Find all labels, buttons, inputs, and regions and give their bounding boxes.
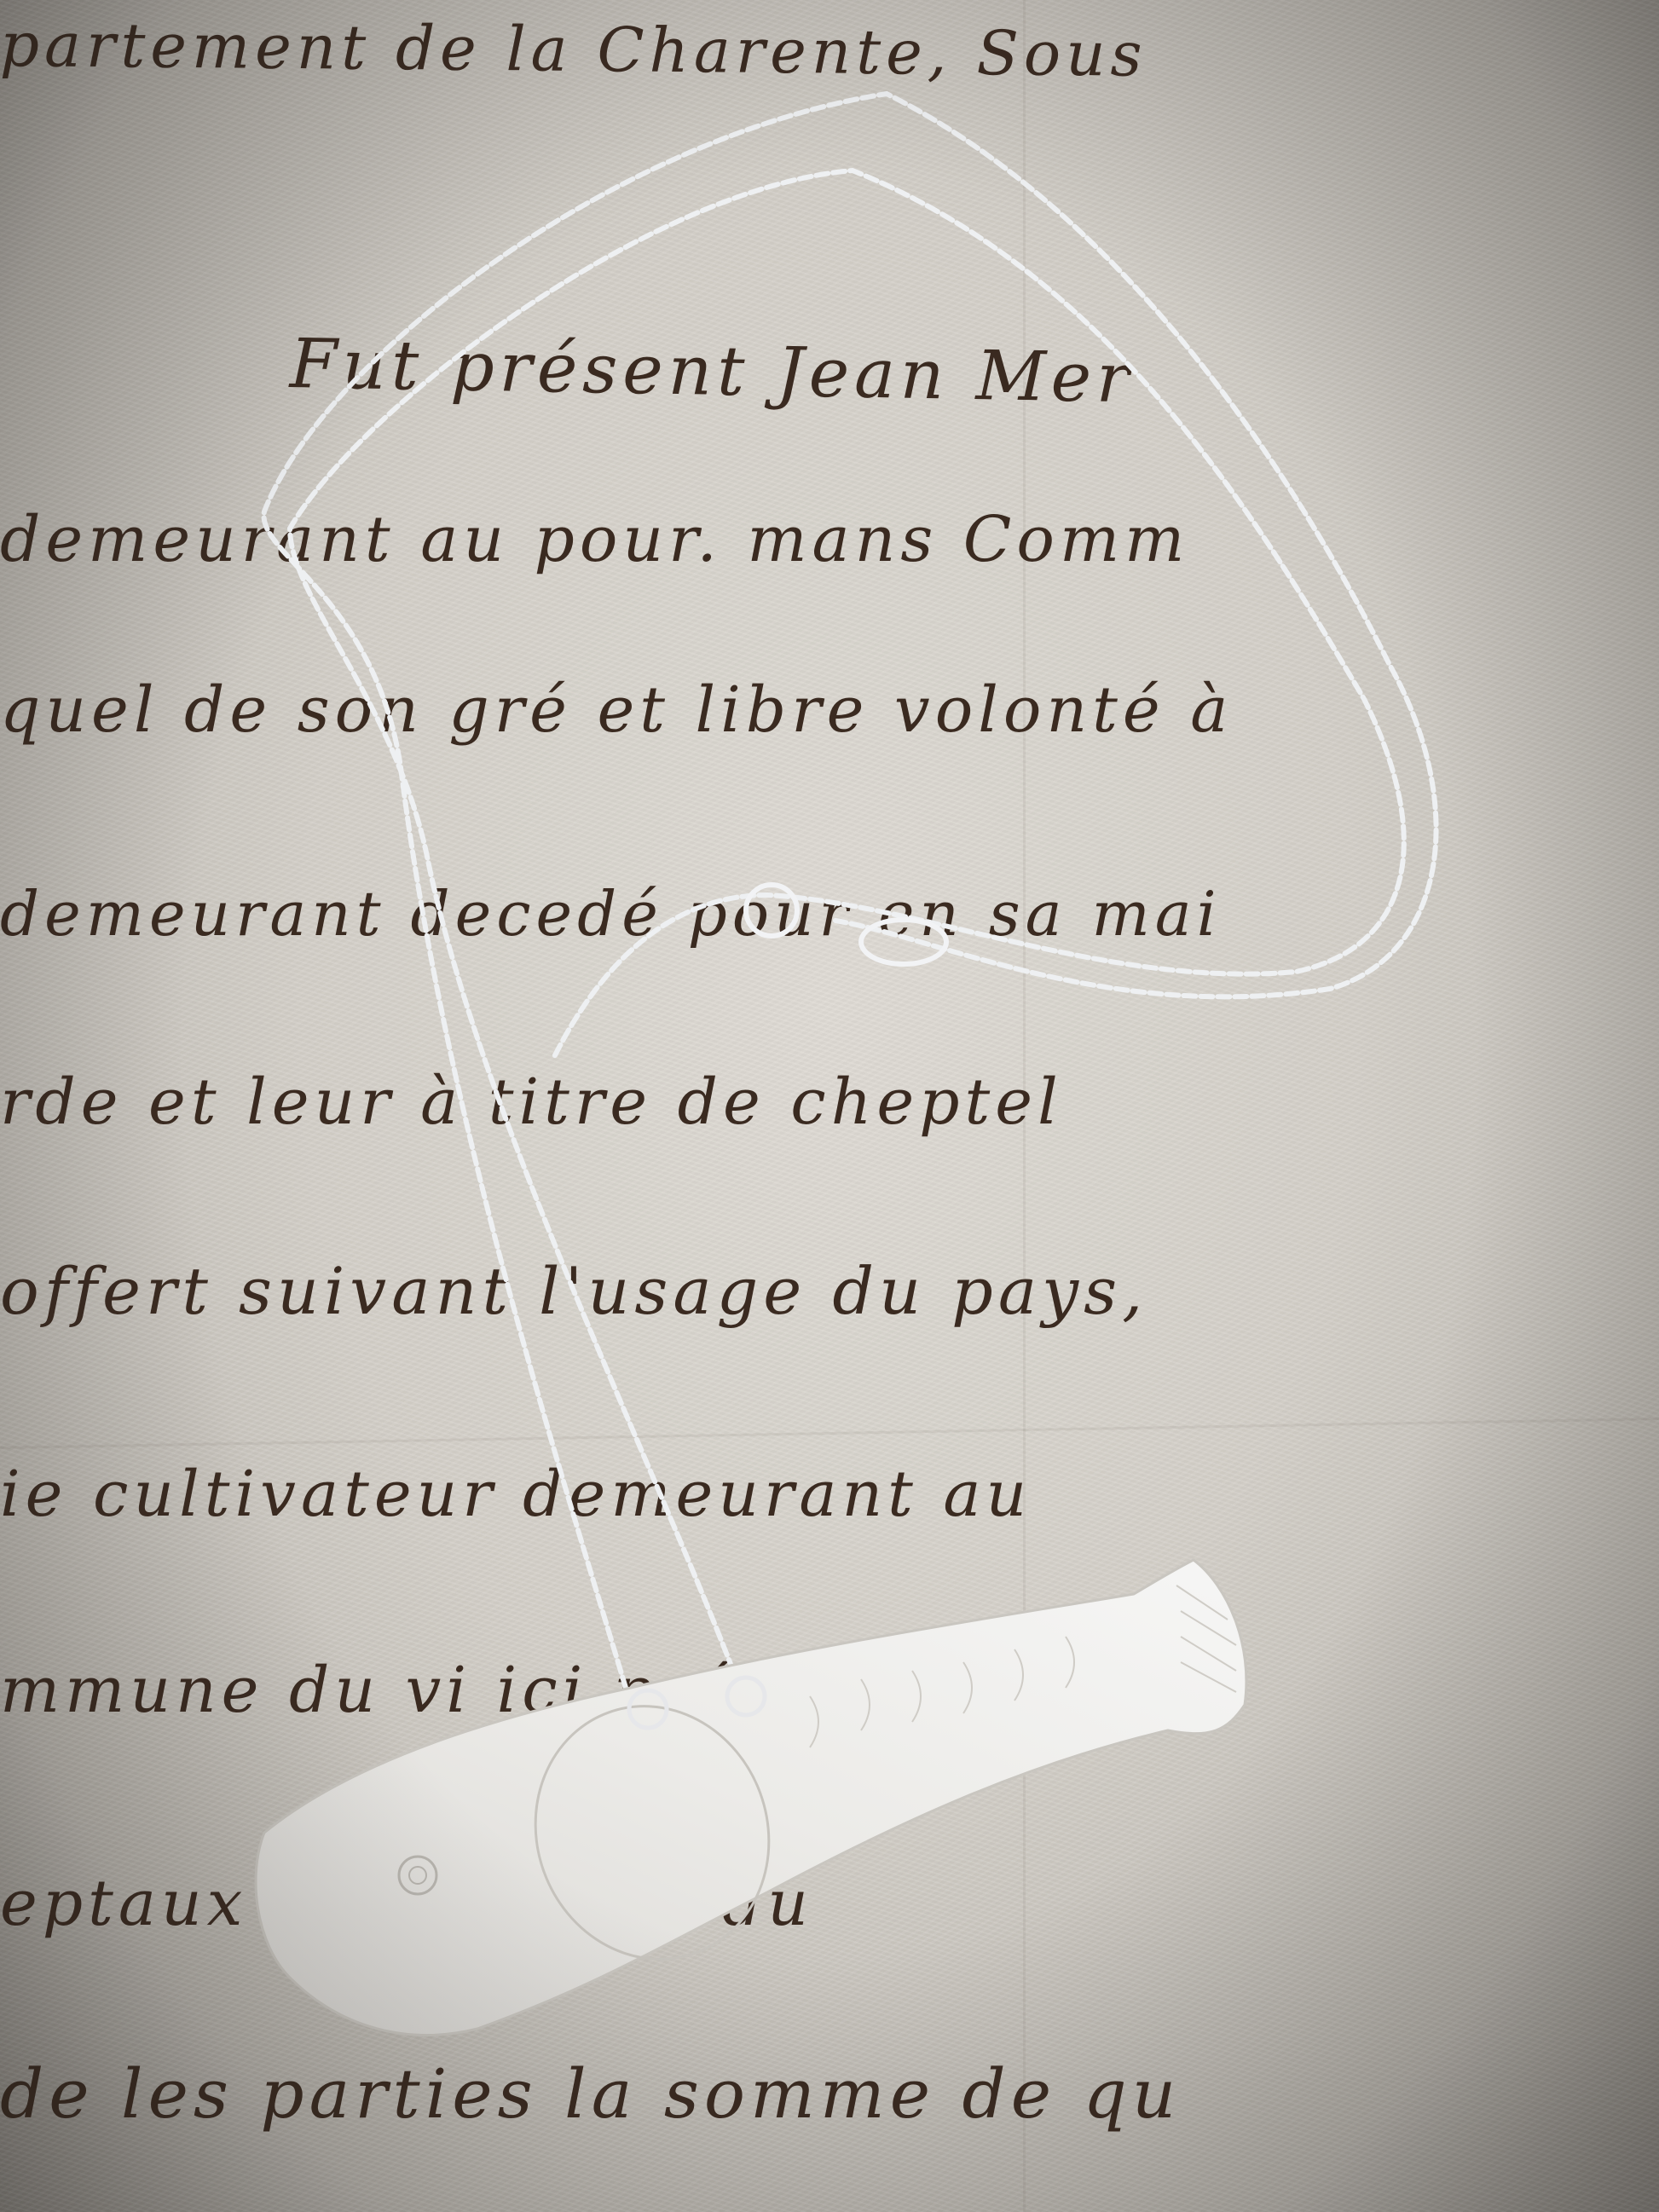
chain-icon <box>263 94 1436 1705</box>
photograph: partement de la Charente, Sous Fut prése… <box>0 0 1659 2212</box>
necklace <box>0 0 1659 2212</box>
fish-pendant-icon <box>256 1560 1246 2036</box>
